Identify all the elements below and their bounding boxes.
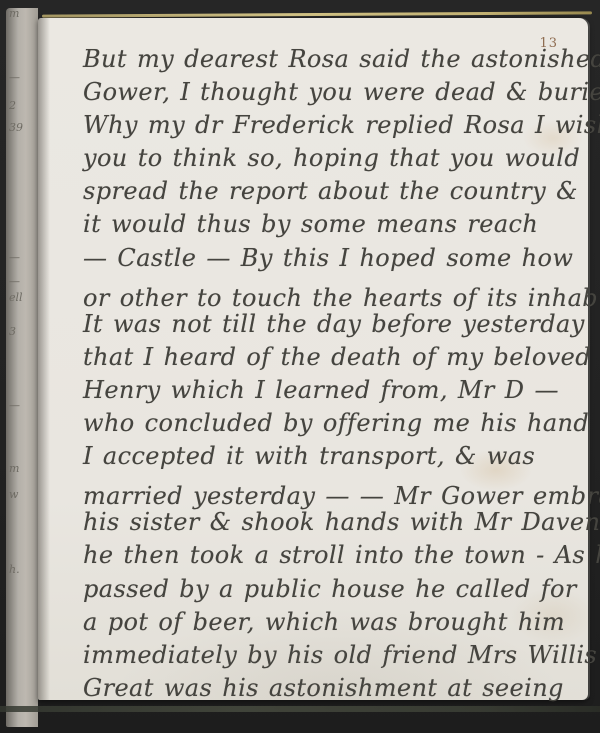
handwritten-text: But my dearest Rosa said the astonishedG… <box>83 43 600 705</box>
ink-fragment: — <box>9 252 35 263</box>
ink-fragment: m <box>9 463 35 474</box>
manuscript-line: — Castle — By this I hoped some how <box>83 242 600 275</box>
manuscript-line: you to think so, hoping that you would <box>83 142 600 175</box>
ink-fragment: — <box>9 276 35 287</box>
manuscript-line: Great was his astonishment at seeing <box>83 672 600 705</box>
ink-fragment: h. <box>9 564 35 575</box>
manuscript-line: spread the report about the country & <box>83 175 600 208</box>
manuscript-page: 13 But my dearest Rosa said the astonish… <box>38 18 588 700</box>
ink-fragment: 2 <box>9 100 35 111</box>
manuscript-line: It was not till the day before yesterday <box>83 308 600 341</box>
manuscript-line: he then took a stroll into the town - As… <box>83 539 600 572</box>
manuscript-line: his sister & shook hands with Mr Davenpo… <box>83 506 600 539</box>
ink-fragment: m <box>9 8 35 19</box>
manuscript-line: married yesterday — — Mr Gower embraced <box>83 473 600 506</box>
ink-fragment: 39 <box>9 122 35 133</box>
book-gutter-edge: —239——ell3—mwh.m <box>6 8 38 727</box>
manuscript-line: immediately by his old friend Mrs Willis… <box>83 639 600 672</box>
manuscript-line: that I heard of the death of my beloved <box>83 341 600 374</box>
ink-fragment: w <box>9 489 35 500</box>
book-bottom-edge <box>0 706 600 712</box>
ink-fragment: — <box>9 400 35 411</box>
manuscript-line: or other to touch the hearts of its inha… <box>83 275 600 308</box>
manuscript-line: it would thus by some means reach <box>83 208 600 241</box>
manuscript-line: a pot of beer, which was brought him <box>83 606 600 639</box>
manuscript-line: passed by a public house he called for <box>83 573 600 606</box>
manuscript-line: But my dearest Rosa said the astonished <box>83 43 600 76</box>
manuscript-line: Gower, I thought you were dead & buried … <box>83 76 600 109</box>
ink-fragment: ell <box>9 292 35 303</box>
manuscript-line: I accepted it with transport, & was <box>83 440 600 473</box>
ink-fragment: 3 <box>9 326 35 337</box>
ink-fragment: — <box>9 72 35 83</box>
manuscript-line: Henry which I learned from, Mr D — <box>83 374 600 407</box>
manuscript-line: who concluded by offering me his hand <box>83 407 600 440</box>
manuscript-line: Why my dr Frederick replied Rosa I wishe… <box>83 109 600 142</box>
